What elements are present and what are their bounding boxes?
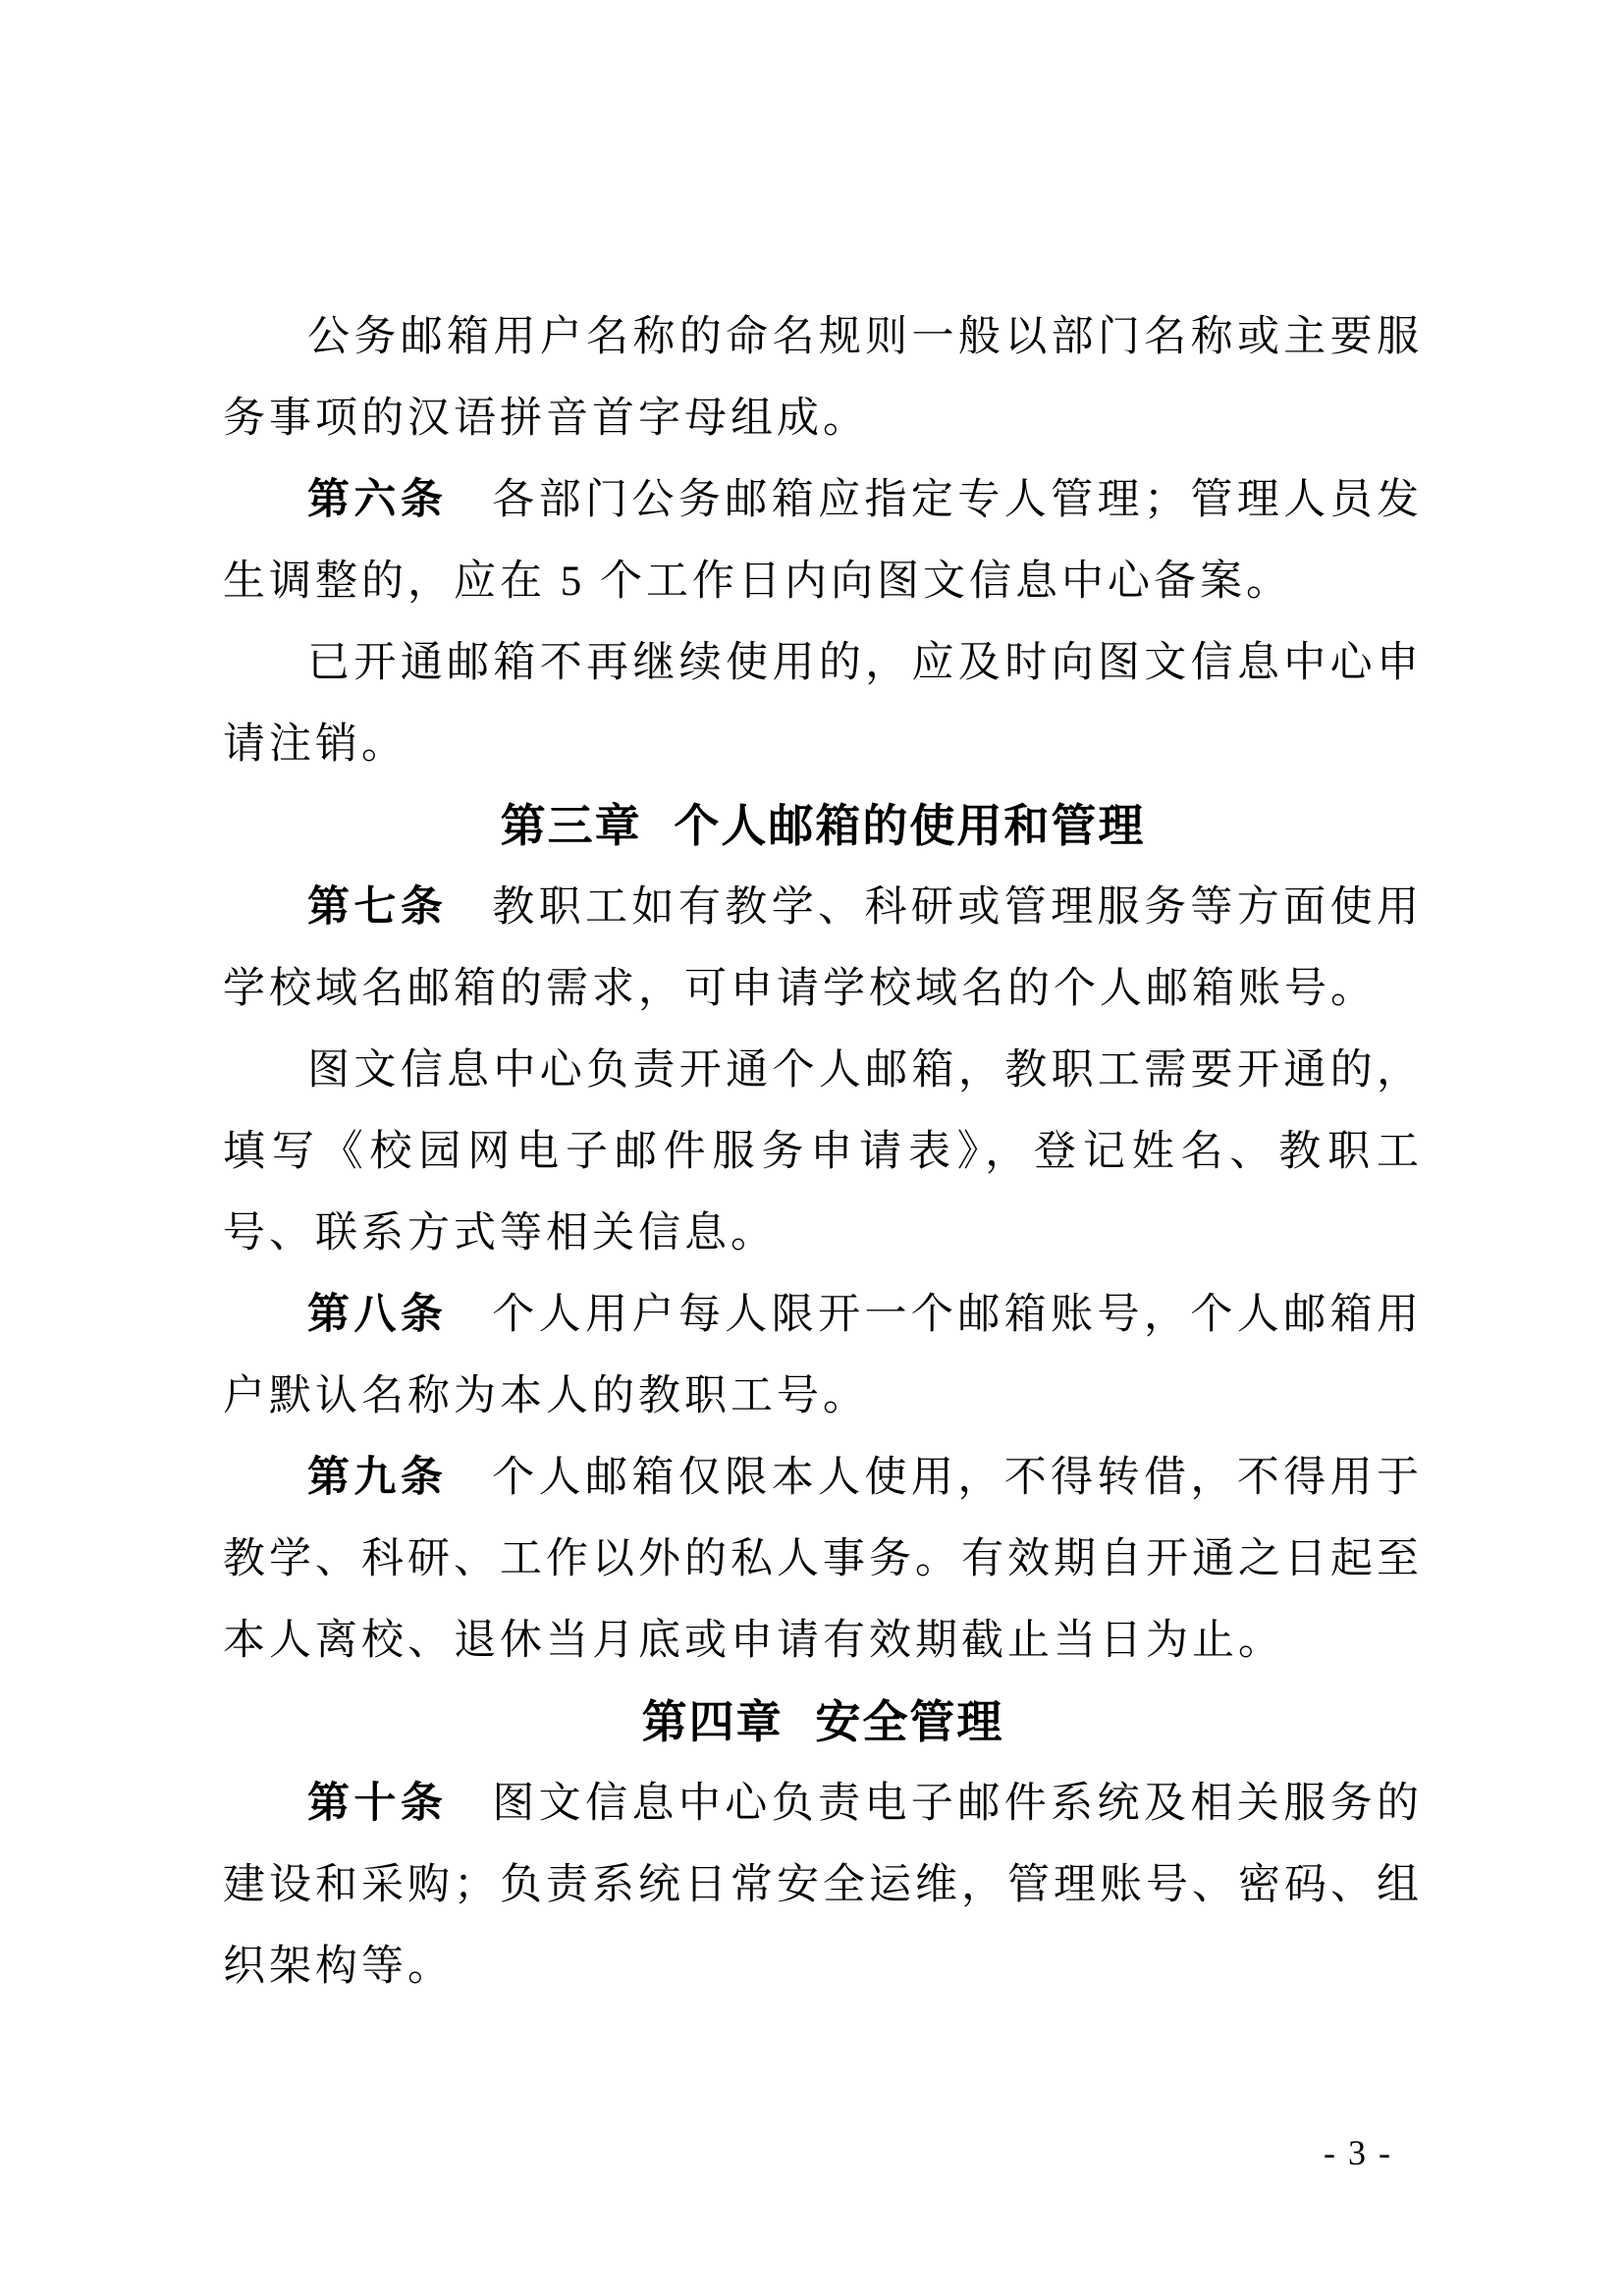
paragraph-text: 公务邮箱用户名称的命名规则一般以部门名称或主要服务事项的汉语拼音首字母组成。 xyxy=(223,314,1423,442)
chapter-heading: 第三章 个人邮箱的使用和管理 xyxy=(223,785,1423,867)
paragraph: 图文信息中心负责开通个人邮箱，教职工需要开通的，填写《校园网电子邮件服务申请表》… xyxy=(223,1030,1423,1274)
chapter-heading: 第四章 安全管理 xyxy=(223,1682,1423,1763)
paragraph-text: 图文信息中心负责开通个人邮箱，教职工需要开通的，填写《校园网电子邮件服务申请表》… xyxy=(223,1047,1423,1256)
paragraph: 第九条个人邮箱仅限本人使用，不得转借，不得用于教学、科研、工作以外的私人事务。有… xyxy=(223,1437,1423,1682)
article-number: 第八条 xyxy=(307,1291,447,1338)
article-number: 第十条 xyxy=(307,1780,447,1827)
paragraph: 第六条各部门公务邮箱应指定专人管理；管理人员发生调整的，应在 5 个工作日内向图… xyxy=(223,459,1423,622)
article-number: 第九条 xyxy=(307,1454,447,1501)
paragraph: 第八条个人用户每人限开一个邮箱账号，个人邮箱用户默认名称为本人的教职工号。 xyxy=(223,1274,1423,1437)
document-page: 公务邮箱用户名称的命名规则一般以部门名称或主要服务事项的汉语拼音首字母组成。 第… xyxy=(0,0,1624,2296)
paragraph-text: 已开通邮箱不再继续使用的，应及时向图文信息中心申请注销。 xyxy=(223,640,1423,768)
paragraph: 已开通邮箱不再继续使用的，应及时向图文信息中心申请注销。 xyxy=(223,622,1423,785)
document-body: 公务邮箱用户名称的命名规则一般以部门名称或主要服务事项的汉语拼音首字母组成。 第… xyxy=(223,296,1423,2007)
page-number: - 3 - xyxy=(1324,2132,1392,2173)
paragraph: 第十条图文信息中心负责电子邮件系统及相关服务的建设和采购；负责系统日常安全运维，… xyxy=(223,1763,1423,2007)
article-number: 第七条 xyxy=(307,883,447,931)
paragraph: 第七条教职工如有教学、科研或管理服务等方面使用学校域名邮箱的需求，可申请学校域名… xyxy=(223,867,1423,1030)
article-number: 第六条 xyxy=(307,476,447,523)
paragraph: 公务邮箱用户名称的命名规则一般以部门名称或主要服务事项的汉语拼音首字母组成。 xyxy=(223,296,1423,459)
